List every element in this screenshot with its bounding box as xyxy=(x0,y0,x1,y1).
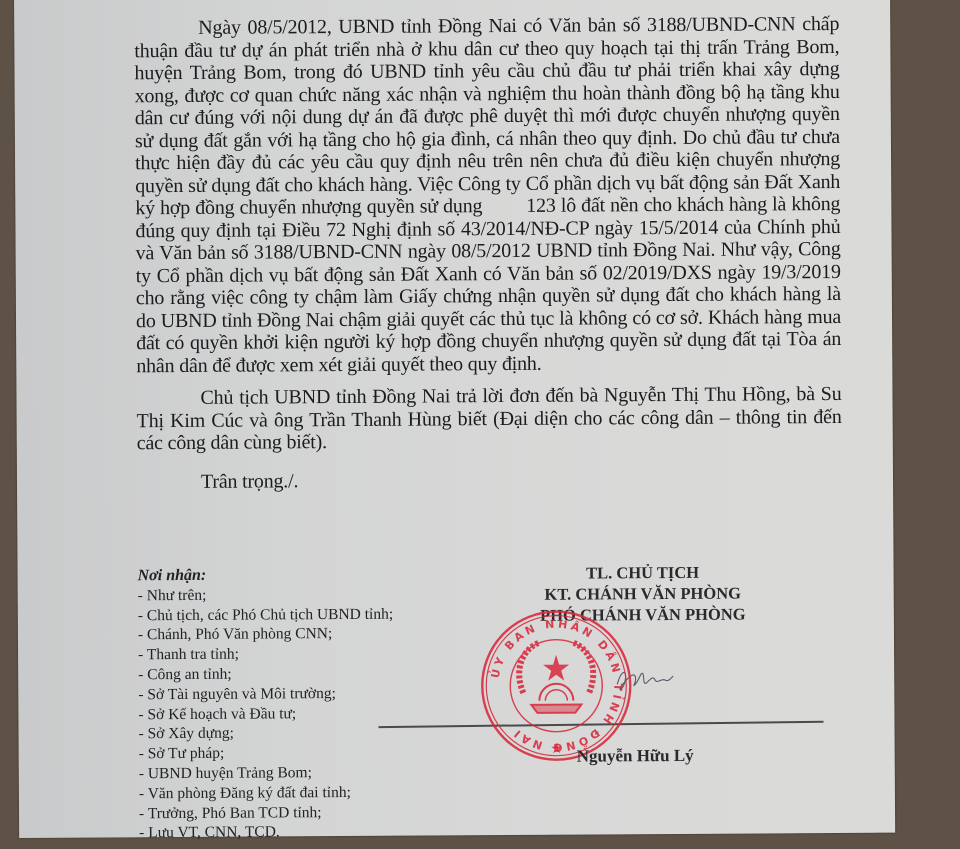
letter-body: Ngày 08/5/2012, UBND tỉnh Đồng Nai có Vă… xyxy=(134,13,842,503)
recipients-list: Như trên; Chủ tịch, các Phó Chủ tịch UBN… xyxy=(138,584,395,843)
seal-text: ỦY BAN NHÂN DÂN TỈNH ĐỒNG NAI xyxy=(487,617,625,754)
recipient-item: Sở Xây dựng; xyxy=(138,723,393,744)
recipient-item: UBND huyện Trảng Bom; xyxy=(139,763,394,784)
recipient-item: Chủ tịch, các Phó Chủ tịch UBND tỉnh; xyxy=(138,604,393,625)
recipient-item: Văn phòng Đăng ký đất đai tỉnh; xyxy=(139,782,394,803)
paragraph-decision: Ngày 08/5/2012, UBND tỉnh Đồng Nai có Vă… xyxy=(134,13,841,377)
recipient-item: Công an tỉnh; xyxy=(138,664,393,685)
paragraph-decision-part-2: 123 lô đất nền cho khách hàng là không đ… xyxy=(135,193,841,377)
svg-text:ỦY BAN NHÂN DÂN TỈNH ĐỒNG NAI: ỦY BAN NHÂN DÂN TỈNH ĐỒNG NAI xyxy=(487,617,625,754)
recipient-item: Sở Kế hoạch và Đầu tư; xyxy=(138,703,393,724)
closing-greeting: Trân trọng./. xyxy=(137,466,842,493)
recipient-item: Sở Tư pháp; xyxy=(139,743,394,764)
signer-name: Nguyễn Hữu Lý xyxy=(577,746,694,767)
document-page: Ngày 08/5/2012, UBND tỉnh Đồng Nai có Vă… xyxy=(14,0,895,838)
recipient-item: Như trên; xyxy=(138,584,393,605)
recipient-item: Sở Tài nguyên và Môi trường; xyxy=(138,683,393,704)
recipient-item: Thanh tra tỉnh; xyxy=(138,644,393,665)
paragraph-decision-part-1: Ngày 08/5/2012, UBND tỉnh Đồng Nai có Vă… xyxy=(134,13,840,219)
recipients-block: Nơi nhận: Như trên; Chủ tịch, các Phó Ch… xyxy=(138,565,395,844)
recipient-item: Chánh, Phó Văn phòng CNN; xyxy=(138,624,393,645)
official-seal-icon: ỦY BAN NHÂN DÂN TỈNH ĐỒNG NAI xyxy=(479,608,634,763)
paragraph-response: Chủ tịch UBND tỉnh Đồng Nai trả lời đơn … xyxy=(136,383,841,455)
signer-title-2: KT. CHÁNH VĂN PHÒNG xyxy=(508,582,778,605)
recipients-title: Nơi nhận: xyxy=(138,565,393,586)
recipient-item: Lưu VT, CNN, TCD. xyxy=(139,822,394,843)
recipient-item: Trưởng, Phó Ban TCD tỉnh; xyxy=(139,802,394,823)
signer-title-1: TL. CHỦ TỊCH xyxy=(508,561,778,584)
